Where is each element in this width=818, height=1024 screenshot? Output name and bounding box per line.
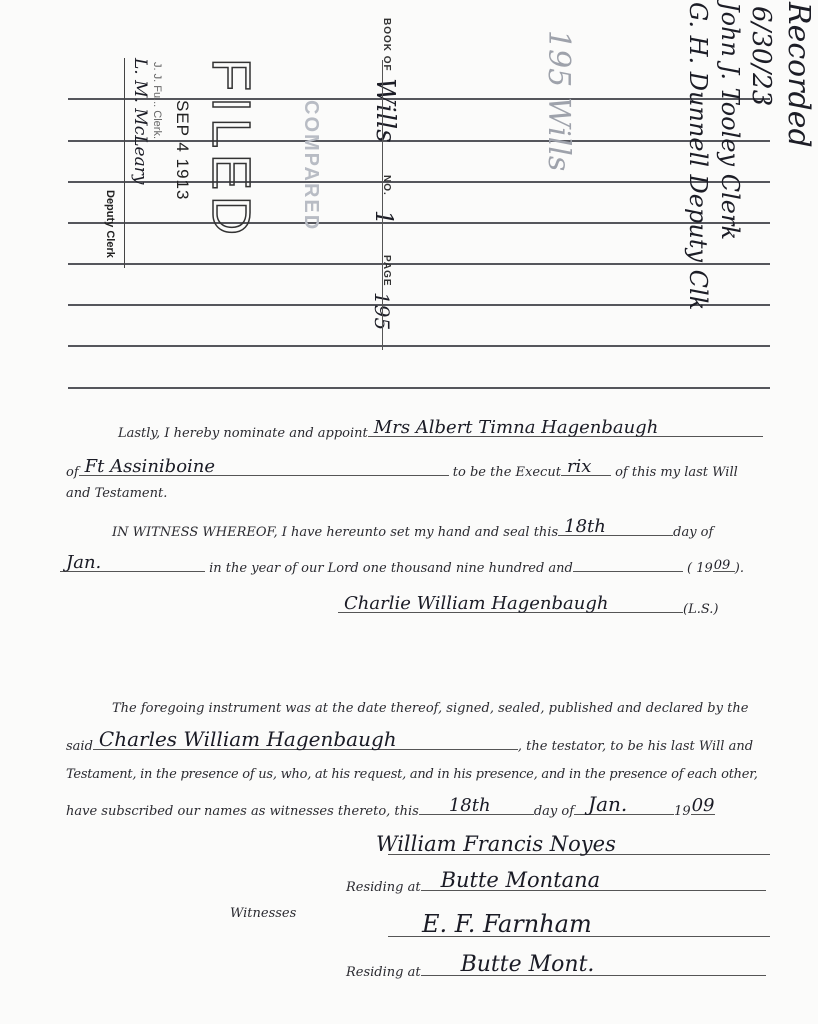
attestation-line-2-tail: , the testator, to be his last Will and xyxy=(518,739,753,754)
residing-at-label: Residing at xyxy=(346,965,421,980)
executor-name: Mrs Albert Timna Hagenbaugh xyxy=(374,417,659,438)
and-testament: and Testament. xyxy=(66,486,167,501)
said-label: said xyxy=(66,739,93,754)
witness-1-residence: Butte Montana xyxy=(441,868,601,892)
attestation-line-4: have subscribed our names as witnesses t… xyxy=(66,800,715,819)
witness-2-residence: Butte Mont. xyxy=(461,952,595,977)
execut-suffix-field[interactable]: rix xyxy=(561,461,611,476)
filed-stamp-date: SEP 4 1913 xyxy=(172,100,192,200)
attestation-line-3: Testament, in the presence of us, who, a… xyxy=(66,767,758,782)
no-value: 1 xyxy=(370,210,398,225)
filed-signature-rule xyxy=(124,58,125,268)
witness-1-name-line: William Francis Noyes xyxy=(388,840,770,859)
nominate-line: Lastly, I hereby nominate and appointMrs… xyxy=(118,422,763,441)
year-paren-open: ( 19 xyxy=(687,561,713,576)
day-of-label: day of xyxy=(673,525,713,540)
recorded-date: 6/30/23 xyxy=(746,6,776,106)
month-value: Jan. xyxy=(66,552,101,573)
witness-2-name-field[interactable]: E. F. Farnham xyxy=(388,922,770,937)
book-column-rule xyxy=(382,60,383,350)
witness-2-residence-field[interactable]: Butte Mont. xyxy=(421,961,766,976)
witness-whereof-prefix: IN WITNESS WHEREOF, I have hereunto set … xyxy=(112,525,558,540)
year-written-field[interactable] xyxy=(573,557,683,572)
witness-2-signature: E. F. Farnham xyxy=(422,910,592,938)
year-field[interactable]: 09 xyxy=(713,557,735,572)
seal-label: (L.S.) xyxy=(683,602,718,617)
year-paren-close: ). xyxy=(735,561,744,576)
attestation-year-field[interactable]: 09 xyxy=(691,800,715,815)
attestation-day-field[interactable]: 18th xyxy=(419,800,534,815)
testator-signature-line: Charlie William Hagenbaugh(L.S.) xyxy=(338,598,718,617)
executor-name-field[interactable]: Mrs Albert Timna Hagenbaugh xyxy=(368,422,763,437)
residence-line: ofFt Assiniboine to be the Executrix of … xyxy=(66,461,738,480)
filed-clerk-line: J. J. Fu... Clerk. xyxy=(151,62,163,139)
nominate-prefix: Lastly, I hereby nominate and appoint xyxy=(118,426,368,441)
filed-deputy-signature: L. M. McLeary xyxy=(130,58,150,184)
attestation-year-prefix: 19 xyxy=(674,804,691,819)
book-value: Wills xyxy=(370,78,400,143)
attestation-day-value: 18th xyxy=(449,795,491,816)
attestation-month-field[interactable]: Jan. xyxy=(574,800,674,815)
attestation-year-value: 09 xyxy=(692,795,715,816)
compared-stamp: COMPARED xyxy=(299,100,322,231)
filed-deputy-label: Deputy Clerk xyxy=(104,190,116,258)
recorded-clerk: John J. Tooley Clerk xyxy=(716,2,744,240)
day-value: 18th xyxy=(564,516,606,537)
recorded-deputy: G. H. Dunnell Deputy Clk xyxy=(684,2,712,310)
executor-residence: Ft Assiniboine xyxy=(85,456,215,477)
witness-2-name-line: E. F. Farnham xyxy=(388,922,770,941)
attestation-day-of: day of xyxy=(534,804,574,819)
testator-signature-field[interactable]: Charlie William Hagenbaugh xyxy=(338,598,683,613)
testator-signature: Charlie William Hagenbaugh xyxy=(344,593,608,614)
witness-1-name-field[interactable]: William Francis Noyes xyxy=(388,840,770,855)
execut-tail: of this my last Will xyxy=(615,465,738,480)
execut-suffix: rix xyxy=(567,456,592,477)
testator-name: Charles William Hagenbaugh xyxy=(99,727,397,751)
attestation-line-2: saidCharles William Hagenbaugh, the test… xyxy=(66,735,753,754)
day-field[interactable]: 18th xyxy=(558,521,673,536)
year-value: 09 xyxy=(714,558,731,573)
execut-prefix: to be the Execut xyxy=(453,465,561,480)
witness-1-signature: William Francis Noyes xyxy=(376,832,616,856)
attestation-line-1: The foregoing instrument was at the date… xyxy=(112,701,748,716)
recorded-word: Recorded xyxy=(781,2,816,148)
residing-at-label: Residing at xyxy=(346,880,421,895)
attestation-day-prefix: have subscribed our names as witnesses t… xyxy=(66,804,419,819)
testator-name-field[interactable]: Charles William Hagenbaugh xyxy=(93,735,518,750)
margin-note: 195 Wills xyxy=(541,30,576,171)
filed-stamp-word: FILED xyxy=(200,58,262,241)
witnesses-label: Witnesses xyxy=(230,906,296,921)
will-document: BOOK OF Wills NO. 1 PAGE 195 COMPARED FI… xyxy=(0,0,818,1024)
year-line: Jan. in the year of our Lord one thousan… xyxy=(60,557,744,576)
witness-2-residence-line: Residing atButte Mont. xyxy=(346,961,766,980)
month-field[interactable]: Jan. xyxy=(60,557,205,572)
witness-1-residence-field[interactable]: Butte Montana xyxy=(421,876,766,891)
witness-1-residence-line: Residing atButte Montana xyxy=(346,876,766,895)
witness-whereof-line: IN WITNESS WHEREOF, I have hereunto set … xyxy=(112,521,713,540)
year-text: in the year of our Lord one thousand nin… xyxy=(209,561,573,576)
of-label: of xyxy=(66,465,79,480)
executor-residence-field[interactable]: Ft Assiniboine xyxy=(79,461,449,476)
attestation-month-value: Jan. xyxy=(588,792,627,816)
